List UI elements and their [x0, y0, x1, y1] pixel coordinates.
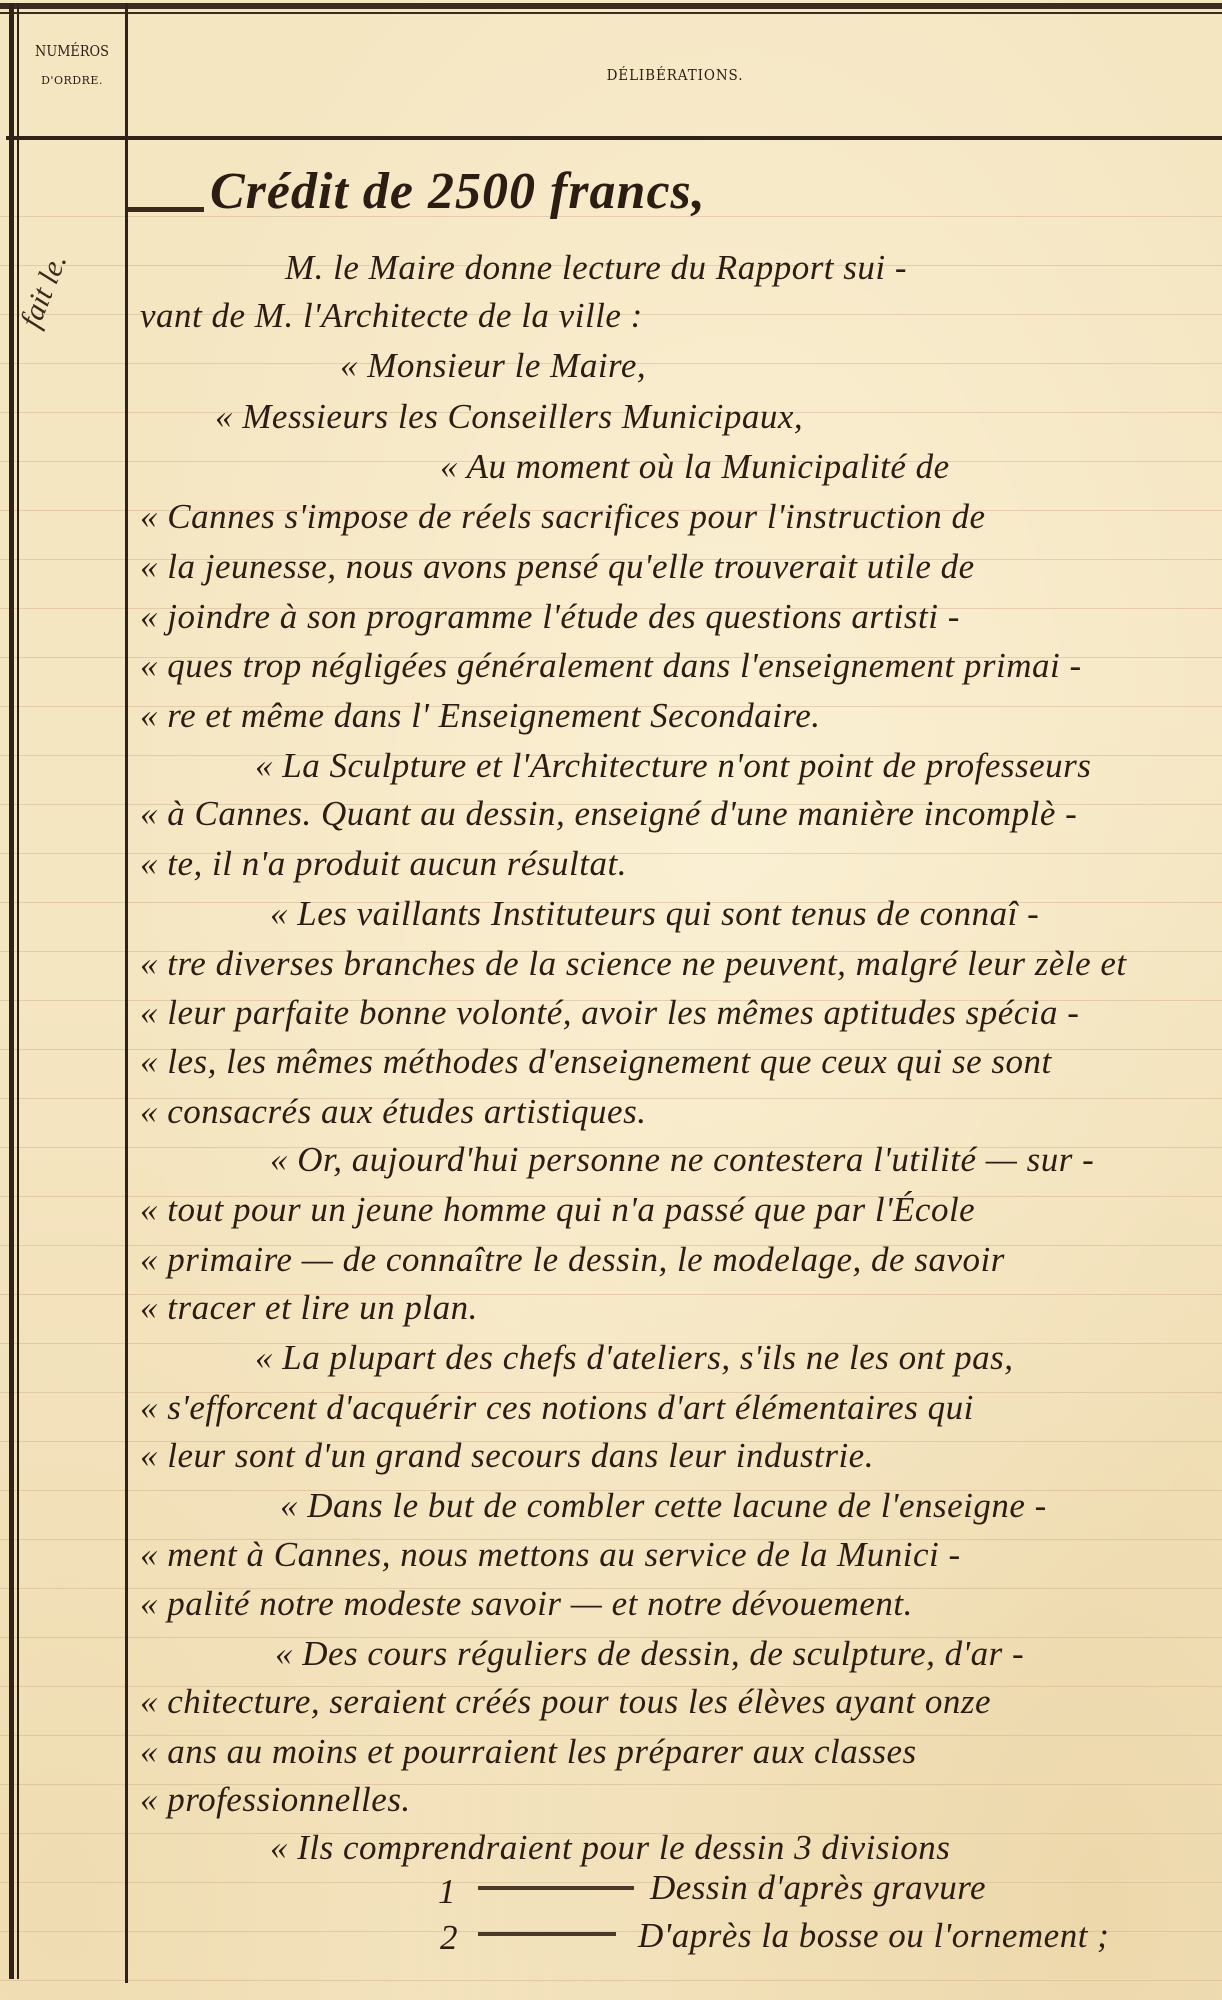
text-line: « consacrés aux études artistiques. [140, 1092, 646, 1132]
text-line: « palité notre modeste savoir — et notre… [140, 1584, 913, 1624]
text-line: « leur sont d'un grand secours dans leur… [140, 1436, 874, 1476]
text-line: « chitecture, seraient créés pour tous l… [140, 1682, 991, 1722]
left-border-thin [17, 3, 19, 1979]
division-text: Dessin d'après gravure [650, 1868, 986, 1908]
text-line: « ques trop négligées généralement dans … [140, 646, 1082, 686]
text-line: « joindre à son programme l'étude des qu… [140, 597, 960, 637]
division-number: 2 [440, 1918, 458, 1958]
text-line: « re et même dans l' Enseignement Second… [140, 696, 821, 736]
division-dash [478, 1886, 634, 1890]
division-dash [478, 1932, 616, 1936]
text-line: « te, il n'a produit aucun résultat. [140, 844, 627, 884]
text-line: vant de M. l'Architecte de la ville : [140, 296, 643, 336]
text-line: « Des cours réguliers de dessin, de scul… [275, 1634, 1024, 1674]
ruled-lines [0, 168, 1222, 2000]
text-line: « ans au moins et pourraient les prépare… [140, 1732, 917, 1772]
order-number-header-line1: NUMÉROS [26, 42, 117, 60]
text-line: « ment à Cannes, nous mettons au service… [140, 1535, 961, 1575]
text-line: « s'efforcent d'acquérir ces notions d'a… [140, 1388, 974, 1428]
text-line: M. le Maire donne lecture du Rapport sui… [285, 248, 907, 288]
text-line: « professionnelles. [140, 1780, 411, 1820]
order-number-column-header: NUMÉROS D'ORDRE. [19, 14, 125, 136]
text-line: « Les vaillants Instituteurs qui sont te… [270, 894, 1039, 934]
text-line: « la jeunesse, nous avons pensé qu'elle … [140, 547, 975, 587]
deliberation-title: Crédit de 2500 francs, [210, 162, 706, 221]
deliberations-header: DÉLIBÉRATIONS. [183, 14, 1168, 136]
text-line: « Ils comprendraient pour le dessin 3 di… [270, 1828, 950, 1868]
text-line: « Au moment où la Municipalité de [440, 447, 950, 487]
title-dash [128, 207, 204, 212]
column-divider [125, 3, 128, 1983]
text-line: « Cannes s'impose de réels sacrifices po… [140, 497, 986, 537]
text-line: « Dans le but de combler cette lacune de… [280, 1486, 1047, 1526]
text-line: « Monsieur le Maire, [340, 346, 646, 386]
text-line: « à Cannes. Quant au dessin, enseigné d'… [140, 794, 1077, 834]
text-line: « Or, aujourd'hui personne ne contestera… [270, 1140, 1094, 1180]
text-line: « les, les mêmes méthodes d'enseignement… [140, 1042, 1052, 1082]
margin-note: fait le. [14, 249, 74, 333]
text-line: « leur parfaite bonne volonté, avoir les… [140, 993, 1079, 1033]
text-line: « tre diverses branches de la science ne… [140, 944, 1127, 984]
text-line: « primaire — de connaître le dessin, le … [140, 1240, 1005, 1280]
text-line: « Messieurs les Conseillers Municipaux, [215, 397, 803, 437]
text-line: « tracer et lire un plan. [140, 1288, 478, 1328]
left-border-thick [9, 3, 14, 1979]
order-number-header-line2: D'ORDRE. [19, 74, 125, 87]
division-number: 1 [438, 1872, 456, 1912]
top-double-rule [0, 3, 1222, 9]
text-line: « La Sculpture et l'Architecture n'ont p… [255, 746, 1091, 786]
text-line: « tout pour un jeune homme qui n'a passé… [140, 1190, 975, 1230]
text-line: « La plupart des chefs d'ateliers, s'ils… [255, 1338, 1014, 1378]
register-page: NUMÉROS D'ORDRE. DÉLIBÉRATIONS. fait le.… [0, 0, 1222, 2000]
header-bottom-rule [6, 136, 1222, 140]
division-text: D'après la bosse ou l'ornement ; [638, 1916, 1109, 1956]
